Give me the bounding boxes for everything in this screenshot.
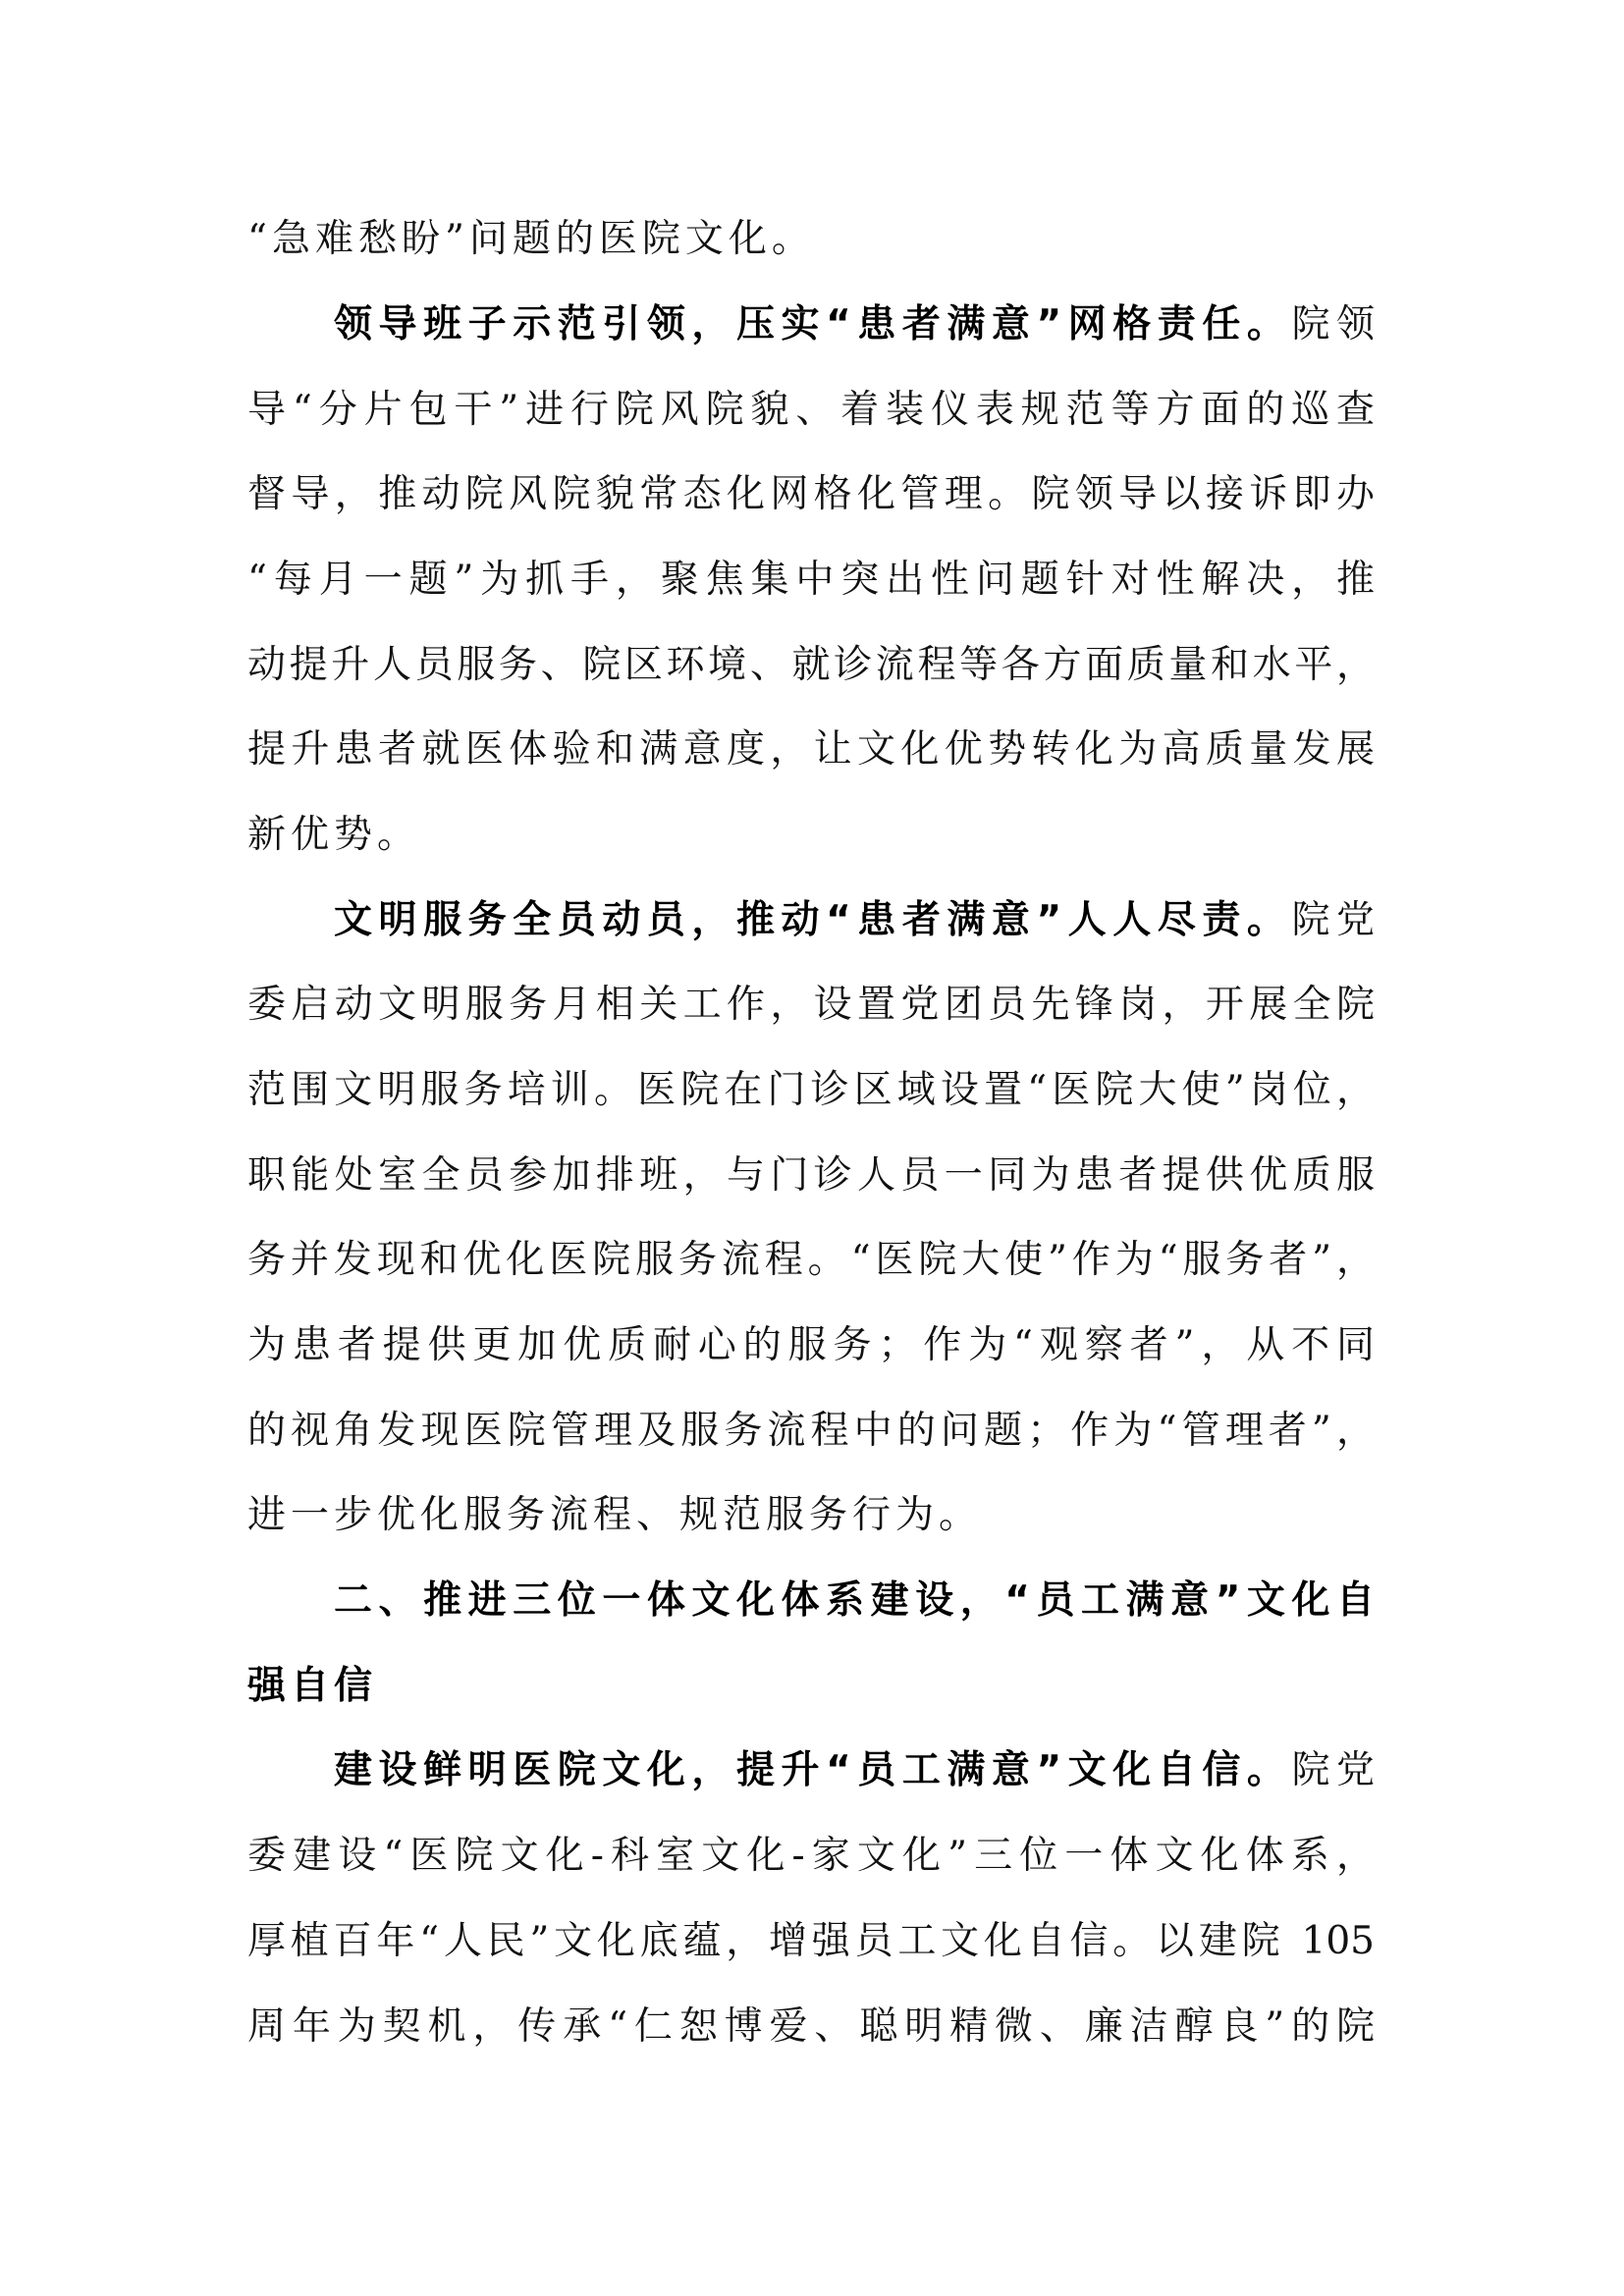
paragraph-line: “每月一题”为抓手，聚焦集中突出性问题针对性解决，推	[247, 551, 1375, 610]
paragraph-line: 职能处室全员参加排班，与门诊人员一同为患者提供优质服	[247, 1147, 1375, 1205]
paragraph-line: 的视角发现医院管理及服务流程中的问题；作为“管理者”，	[247, 1402, 1375, 1461]
paragraph-line: 新优势。	[247, 806, 1375, 865]
bold-lead-sentence: 建设鲜明医院文化，提升“员工满意”文化自信。	[334, 1748, 1291, 1792]
bold-lead-sentence: 文明服务全员动员，推动“患者满意”人人尽责。	[334, 898, 1291, 942]
section-heading: 二、推进三位一体文化体系建设，“员工满意”文化自	[334, 1572, 1375, 1630]
paragraph-line: “急难愁盼”问题的医院文化。	[247, 210, 1375, 269]
paragraph-line: 为患者提供更加优质耐心的服务；作为“观察者”，从不同	[247, 1316, 1375, 1375]
paragraph-line: 导“分片包干”进行院风院貌、着装仪表规范等方面的巡查	[247, 381, 1375, 440]
paragraph-line: 务并发现和优化医院服务流程。“医院大使”作为“服务者”，	[247, 1231, 1375, 1290]
paragraph-lead-line: 领导班子示范引领，压实“患者满意”网格责任。院领	[334, 295, 1375, 354]
paragraph-line: 督导，推动院风院貌常态化网格化管理。院领导以接诉即办	[247, 465, 1375, 524]
paragraph-line: 提升患者就医体验和满意度，让文化优势转化为高质量发展	[247, 721, 1375, 779]
paragraph-line: 厚植百年“人民”文化底蕴，增强员工文化自信。以建院 105	[247, 1912, 1375, 1971]
paragraph-text: 院党	[1291, 1748, 1375, 1792]
paragraph-line: 委启动文明服务月相关工作，设置党团员先锋岗，开展全院	[247, 976, 1375, 1035]
paragraph-text: 院领	[1291, 302, 1375, 347]
document-page: “急难愁盼”问题的医院文化。 领导班子示范引领，压实“患者满意”网格责任。院领 …	[0, 0, 1624, 2296]
paragraph-line: 进一步优化服务流程、规范服务行为。	[247, 1486, 1375, 1545]
bold-lead-sentence: 领导班子示范引领，压实“患者满意”网格责任。	[334, 302, 1291, 347]
paragraph-line: 动提升人员服务、院区环境、就诊流程等各方面质量和水平，	[247, 636, 1375, 695]
paragraph-line: 范围文明服务培训。医院在门诊区域设置“医院大使”岗位，	[247, 1061, 1375, 1120]
paragraph-lead-line: 建设鲜明医院文化，提升“员工满意”文化自信。院党	[334, 1741, 1375, 1800]
section-heading-continued: 强自信	[247, 1657, 1375, 1716]
paragraph-line: 委建设“医院文化-科室文化-家文化”三位一体文化体系，	[247, 1827, 1375, 1886]
paragraph-text: 院党	[1291, 898, 1375, 942]
paragraph-lead-line: 文明服务全员动员，推动“患者满意”人人尽责。院党	[334, 891, 1375, 950]
paragraph-line: 周年为契机，传承“仁恕博爱、聪明精微、廉洁醇良”的院	[247, 1998, 1375, 2056]
